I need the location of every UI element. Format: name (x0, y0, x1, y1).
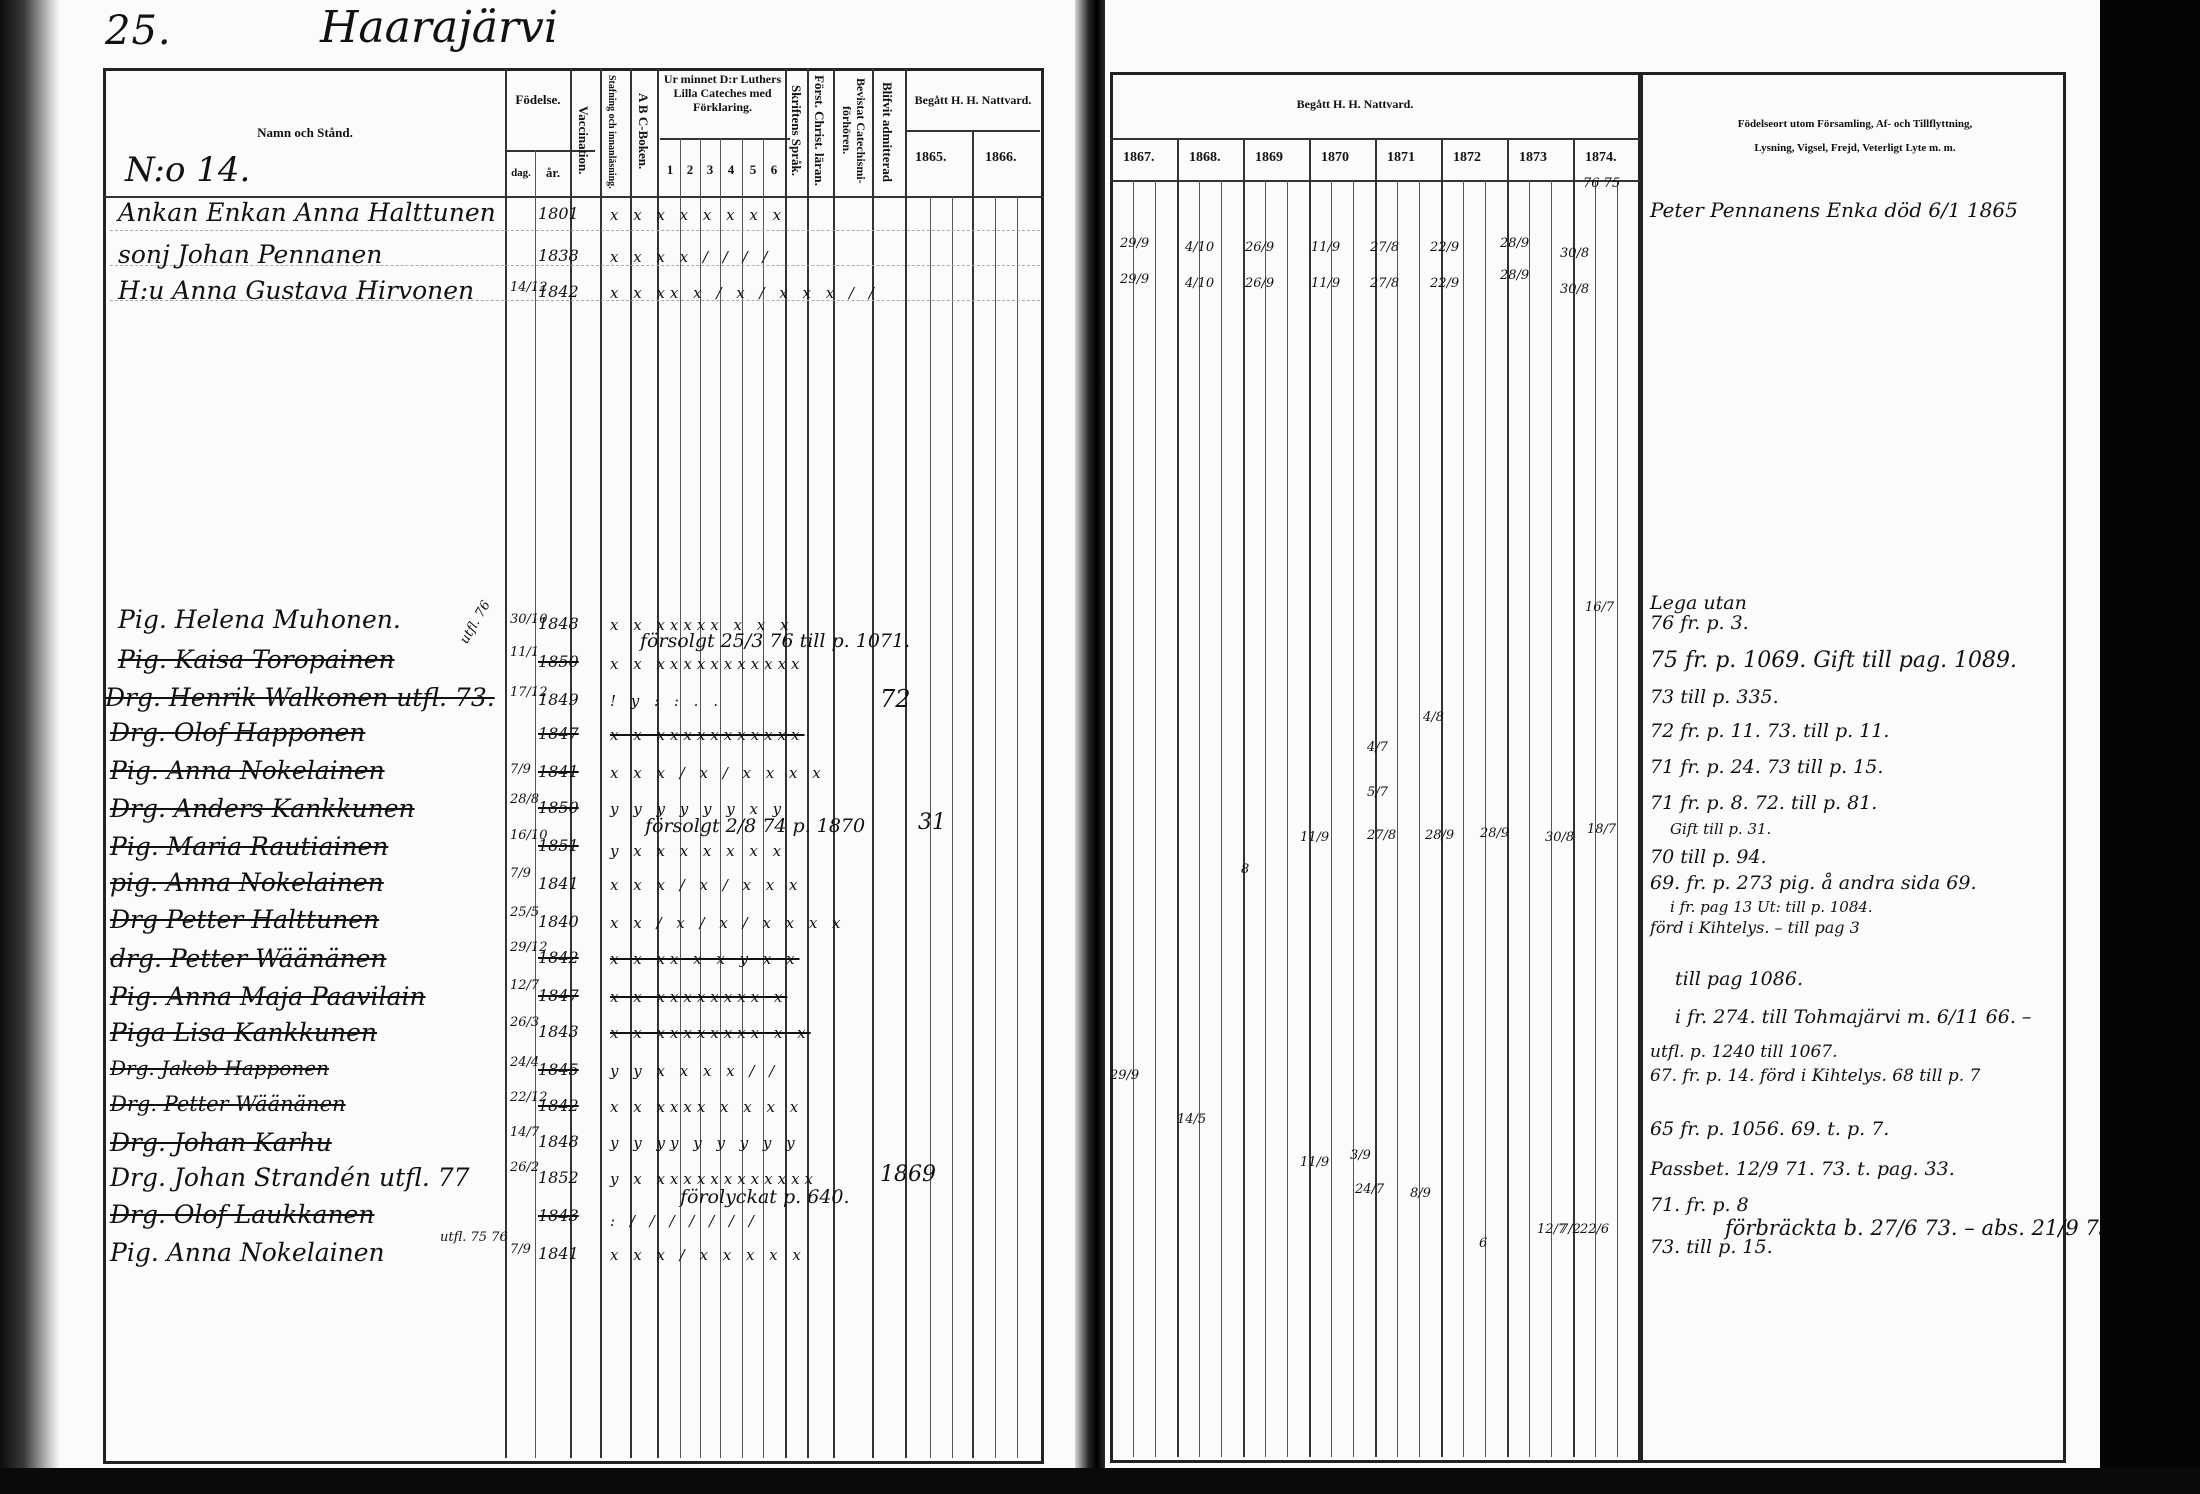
year-1868: 1868. (1189, 150, 1221, 166)
person-year: 1841 (538, 874, 579, 893)
communion-date: 29/9 (1120, 272, 1149, 287)
communion-date: 8/9 (1410, 1186, 1431, 1201)
header-communion-right: Begått H. H. Nattvard. (1255, 96, 1455, 112)
communion-date: 22/9 (1430, 276, 1459, 291)
person-admitted: 1869 (880, 1162, 936, 1187)
communion-date: 30/8 (1560, 282, 1589, 297)
header-notes-line2: Lysning, Vigsel, Frejd, Veterligt Lyte m… (1665, 136, 2045, 160)
note-line: 75 fr. p. 1069. Gift till pag. 1089. (1650, 648, 2017, 673)
communion-date: 28/9 (1500, 268, 1529, 283)
person-year: 1847 (538, 724, 579, 743)
note-line: förbräckta b. 27/6 73. – abs. 21/9 73. (1725, 1216, 2100, 1240)
communion-date: 11/9 (1311, 276, 1340, 291)
person-day: 24/4 (510, 1055, 539, 1070)
communion-date: 18/7 (1587, 822, 1616, 837)
person-year: 1843 (538, 1206, 579, 1225)
person-name: Pig. Helena Muhonen. (118, 605, 401, 634)
person-name: Ankan Enkan Anna Halttunen (118, 198, 496, 227)
communion-date: 30/8 (1560, 246, 1589, 261)
communion-date: 27/8 (1370, 240, 1399, 255)
header-birth: Födelse. (507, 92, 569, 108)
note-line: 76 fr. p. 3. (1650, 612, 1749, 634)
communion-date: 27/8 (1370, 276, 1399, 291)
note-line: i fr. 274. till Tohmajärvi m. 6/11 66. – (1675, 1006, 2031, 1028)
person-marks: x x / x / x / x x x x (610, 914, 846, 932)
communion-date: 22/9 (1430, 240, 1459, 255)
person-name: Pig. Maria Rautiainen (110, 832, 388, 861)
note-line: Lega utan (1650, 592, 1747, 614)
person-marks: x x xxxxxxxxxxx (610, 726, 805, 744)
col-line (872, 68, 874, 1458)
village-name: Haarajärvi (320, 2, 558, 53)
person-name: Pig. Anna Nokelainen (110, 756, 385, 785)
person-name: Pig. Anna Maja Paavilain (110, 982, 426, 1011)
person-day: 7/9 (510, 1242, 531, 1257)
communion-date: 7/2 (1560, 1222, 1581, 1237)
right-page: Begått H. H. Nattvard. Födelseort utom F… (1105, 0, 2100, 1494)
note-line: 71. fr. p. 8 (1650, 1194, 1749, 1216)
person-year: 1801 (538, 204, 579, 223)
note-line: Passbet. 12/9 71. 73. t. pag. 33. (1650, 1158, 1955, 1180)
person-year: 1842 (538, 282, 579, 301)
person-year: 1840 (538, 912, 579, 931)
note-line: 72 fr. p. 11. 73. till p. 11. (1650, 720, 1889, 742)
person-name: Drg. Anders Kankkunen (110, 794, 415, 823)
col-line (1017, 196, 1018, 1458)
corner-note: 76 75 (1583, 176, 1620, 191)
year-1874: 1874. (1585, 150, 1617, 166)
note-line: 73 till p. 335. (1650, 686, 1779, 708)
col-line (807, 68, 809, 1458)
catechism-col-5: 5 (744, 162, 762, 178)
person-year: 1841 (538, 762, 579, 781)
catechism-col-3: 3 (701, 162, 719, 178)
communion-date: 5/7 (1367, 785, 1388, 800)
year-1865: 1865. (915, 150, 947, 166)
communion-date: 29/9 (1110, 1068, 1139, 1083)
col-line (905, 68, 907, 1458)
person-year: 1851 (538, 836, 579, 855)
person-name: Drg Petter Halttunen (110, 905, 379, 934)
person-year: 1841 (538, 1244, 579, 1263)
person-marks: x x xx x / x / x x x / / (610, 284, 879, 302)
person-day: 26/2 (510, 1160, 539, 1175)
col-line (833, 68, 835, 1458)
person-marks: x x xxxxxxxx x (610, 988, 787, 1006)
header-birth-year: år. (537, 165, 569, 181)
year-1871: 1871 (1387, 150, 1415, 166)
note-line: utfl. p. 1240 till 1067. (1650, 1042, 1838, 1062)
person-name: H:u Anna Gustava Hirvonen (118, 276, 474, 305)
person-extra: försolgt 2/8 74 p. 1870 (645, 815, 865, 837)
person-name: Pig. Kaisa Toropainen (118, 645, 395, 674)
left-page: 25. Haarajärvi Namn och Stånd. Födelse. … (0, 0, 1085, 1494)
header-christ: Först. Christ. läran. (812, 70, 826, 190)
person-side-note: utfl. 75 76 (440, 1230, 508, 1245)
year-1870: 1870 (1321, 150, 1349, 166)
person-name: Drg. Johan Karhu (110, 1128, 332, 1157)
person-year: 1838 (538, 246, 579, 265)
person-admitted: 31 (918, 810, 946, 835)
note-line: 71 fr. p. 24. 73 till p. 15. (1650, 756, 1883, 778)
header-spelling: Stafning och innanläsning. (604, 72, 618, 192)
catechism-col-1: 1 (661, 162, 679, 178)
catechism-col-6: 6 (765, 162, 783, 178)
person-marks: x x xxxxxxxx x x (610, 1024, 811, 1042)
communion-date: 26/9 (1245, 276, 1274, 291)
household-number: N:o 14. (125, 150, 250, 190)
person-marks: y y yy y y y y y (610, 1134, 800, 1152)
header-scripture: Skriftens Språk. (789, 76, 803, 186)
note-line: 67. fr. p. 14. förd i Kihtelys. 68 till … (1650, 1066, 1980, 1086)
person-year: 1842 (538, 1096, 579, 1115)
page-number: 25. (105, 8, 172, 54)
header-notes-line1: Födelseort utom Församling, Af- och Till… (1665, 112, 2045, 136)
scan-background (0, 1468, 2200, 1494)
person-year: 1850 (538, 652, 579, 671)
note-line: i fr. pag 13 Ut: till p. 1084. (1670, 898, 1873, 916)
person-year: 1842 (538, 948, 579, 967)
header-communion: Begått H. H. Nattvard. (906, 92, 1040, 108)
person-year: 1845 (538, 1060, 579, 1079)
header-admitted: Blifvit admitterad (880, 72, 894, 192)
communion-date: 28/9 (1425, 828, 1454, 843)
communion-date: 16/7 (1585, 600, 1614, 615)
page-edge-shadow (0, 0, 60, 1494)
person-year: 1843 (538, 1022, 579, 1041)
person-name: Drg. Olof Laukkanen (110, 1200, 374, 1229)
person-marks: x x x / x x x x x (610, 1246, 806, 1264)
communion-date: 30/8 (1545, 830, 1574, 845)
note-line: 73. till p. 15. (1650, 1236, 1773, 1258)
catechism-col-2: 2 (681, 162, 699, 178)
col-line (995, 196, 996, 1458)
person-year: 1852 (538, 1168, 579, 1187)
person-extra: försolgt 25/3 76 till p. 1071. (640, 630, 910, 652)
person-name: Pig. Anna Nokelainen (110, 1238, 385, 1267)
communion-date: 3/9 (1350, 1148, 1371, 1163)
header-name: Namn och Stånd. (240, 125, 370, 141)
person-year: 1848 (538, 1132, 579, 1151)
person-marks: x x xxxxxxxxxxx (610, 655, 805, 673)
year-1872: 1872 (1453, 150, 1481, 166)
communion-date: 14/5 (1177, 1112, 1206, 1127)
communion-date: 24/7 (1355, 1182, 1384, 1197)
col-line (972, 130, 974, 1458)
person-marks: x x x x x x x x (610, 206, 786, 224)
communion-date: 11/9 (1300, 1155, 1329, 1170)
note-line: 65 fr. p. 1056. 69. t. p. 7. (1650, 1118, 1889, 1140)
communion-date: 4/10 (1185, 240, 1214, 255)
note-line: 71 fr. p. 8. 72. till p. 81. (1650, 792, 1877, 814)
note-line: 70 till p. 94. (1650, 846, 1767, 868)
person-marks: x x x / x / x x x x (610, 764, 826, 782)
person-day: 14/7 (510, 1125, 539, 1140)
person-name: sonj Johan Pennanen (118, 240, 382, 269)
communion-date: 22/6 (1580, 1222, 1609, 1237)
note-line: Gift till p. 31. (1670, 820, 1771, 838)
person-name: Drg. Petter Wäänänen (110, 1092, 346, 1116)
communion-date: 27/8 (1367, 828, 1396, 843)
person-marks: y y x x x x / / (610, 1062, 779, 1080)
note-top: Peter Pennanens Enka död 6/1 1865 (1650, 198, 2018, 222)
person-name: Drg. Johan Strandén utfl. 77 (110, 1163, 470, 1192)
note-line: förd i Kihtelys. – till pag 3 (1650, 918, 1860, 937)
person-marks: x x x / x / x x x (610, 876, 802, 894)
year-1869: 1869 (1255, 150, 1283, 166)
person-name: Drg. Jakob Happonen (110, 1056, 329, 1080)
person-marks: x x xxxx x x x x (610, 1098, 803, 1116)
note-line: till pag 1086. (1675, 968, 1803, 990)
communion-date: 4/7 (1367, 740, 1388, 755)
person-day: 11/1 (510, 645, 539, 660)
col-line (505, 68, 507, 1458)
communion-date: 11/9 (1311, 240, 1340, 255)
catechism-col-4: 4 (722, 162, 740, 178)
communion-date: 28/9 (1480, 826, 1509, 841)
year-1866: 1866. (985, 150, 1017, 166)
header-birth-day: dag. (507, 165, 535, 181)
person-year: 1848 (538, 614, 579, 633)
person-year: 1850 (538, 798, 579, 817)
person-day: 25/5 (510, 905, 539, 920)
person-name: Drg. Henrik Walkonen utfl. 73. (105, 683, 495, 712)
person-year: 1849 (538, 690, 579, 709)
person-name: Drg. Olof Happonen (110, 718, 365, 747)
header-vaccination: Vaccination. (576, 90, 590, 190)
year-1873: 1873 (1519, 150, 1547, 166)
communion-date: 11/9 (1300, 830, 1329, 845)
year-1867: 1867. (1123, 150, 1155, 166)
person-day: 7/9 (510, 866, 531, 881)
communion-date: 28/9 (1500, 236, 1529, 251)
person-day: 12/7 (510, 978, 539, 993)
person-marks: x x x x / / / / (610, 248, 772, 266)
header-notes: Födelseort utom Församling, Af- och Till… (1665, 112, 2045, 160)
person-day: 26/3 (510, 1015, 539, 1030)
person-marks: ! y : : . . (610, 692, 723, 710)
person-marks: y x x x x x x x (610, 842, 786, 860)
person-year: 1847 (538, 986, 579, 1005)
col-line (952, 196, 953, 1458)
scan-background (2100, 0, 2200, 1494)
communion-date: 4/8 (1423, 710, 1444, 725)
person-admitted: 72 (880, 685, 911, 713)
communion-date: 6 (1479, 1236, 1487, 1251)
communion-date: 26/9 (1245, 240, 1274, 255)
person-extra: förolyckat p. 640. (680, 1186, 850, 1208)
communion-date: 8 (1241, 862, 1249, 877)
col-line (600, 68, 602, 1458)
person-name: drg. Petter Wäänänen (110, 944, 386, 973)
communion-date: 4/10 (1185, 276, 1214, 291)
person-name: Piga Lisa Kankkunen (110, 1018, 377, 1047)
note-line: 69. fr. p. 273 pig. å andra sida 69. (1650, 872, 1977, 894)
person-day: 7/9 (510, 762, 531, 777)
person-day: 28/8 (510, 792, 539, 807)
communion-date: 29/9 (1120, 236, 1149, 251)
person-name: pig. Anna Nokelainen (110, 868, 384, 897)
header-abc: A B C-Boken. (636, 76, 650, 186)
header-catechism: Ur minnet D:r Luthers Lilla Cateches med… (660, 72, 785, 114)
header-hearings: Bevistat Catechismi-förhören. (840, 68, 868, 193)
person-marks: x x xx x x y x x (610, 950, 800, 968)
person-marks: : / / / / / / / (610, 1212, 759, 1230)
